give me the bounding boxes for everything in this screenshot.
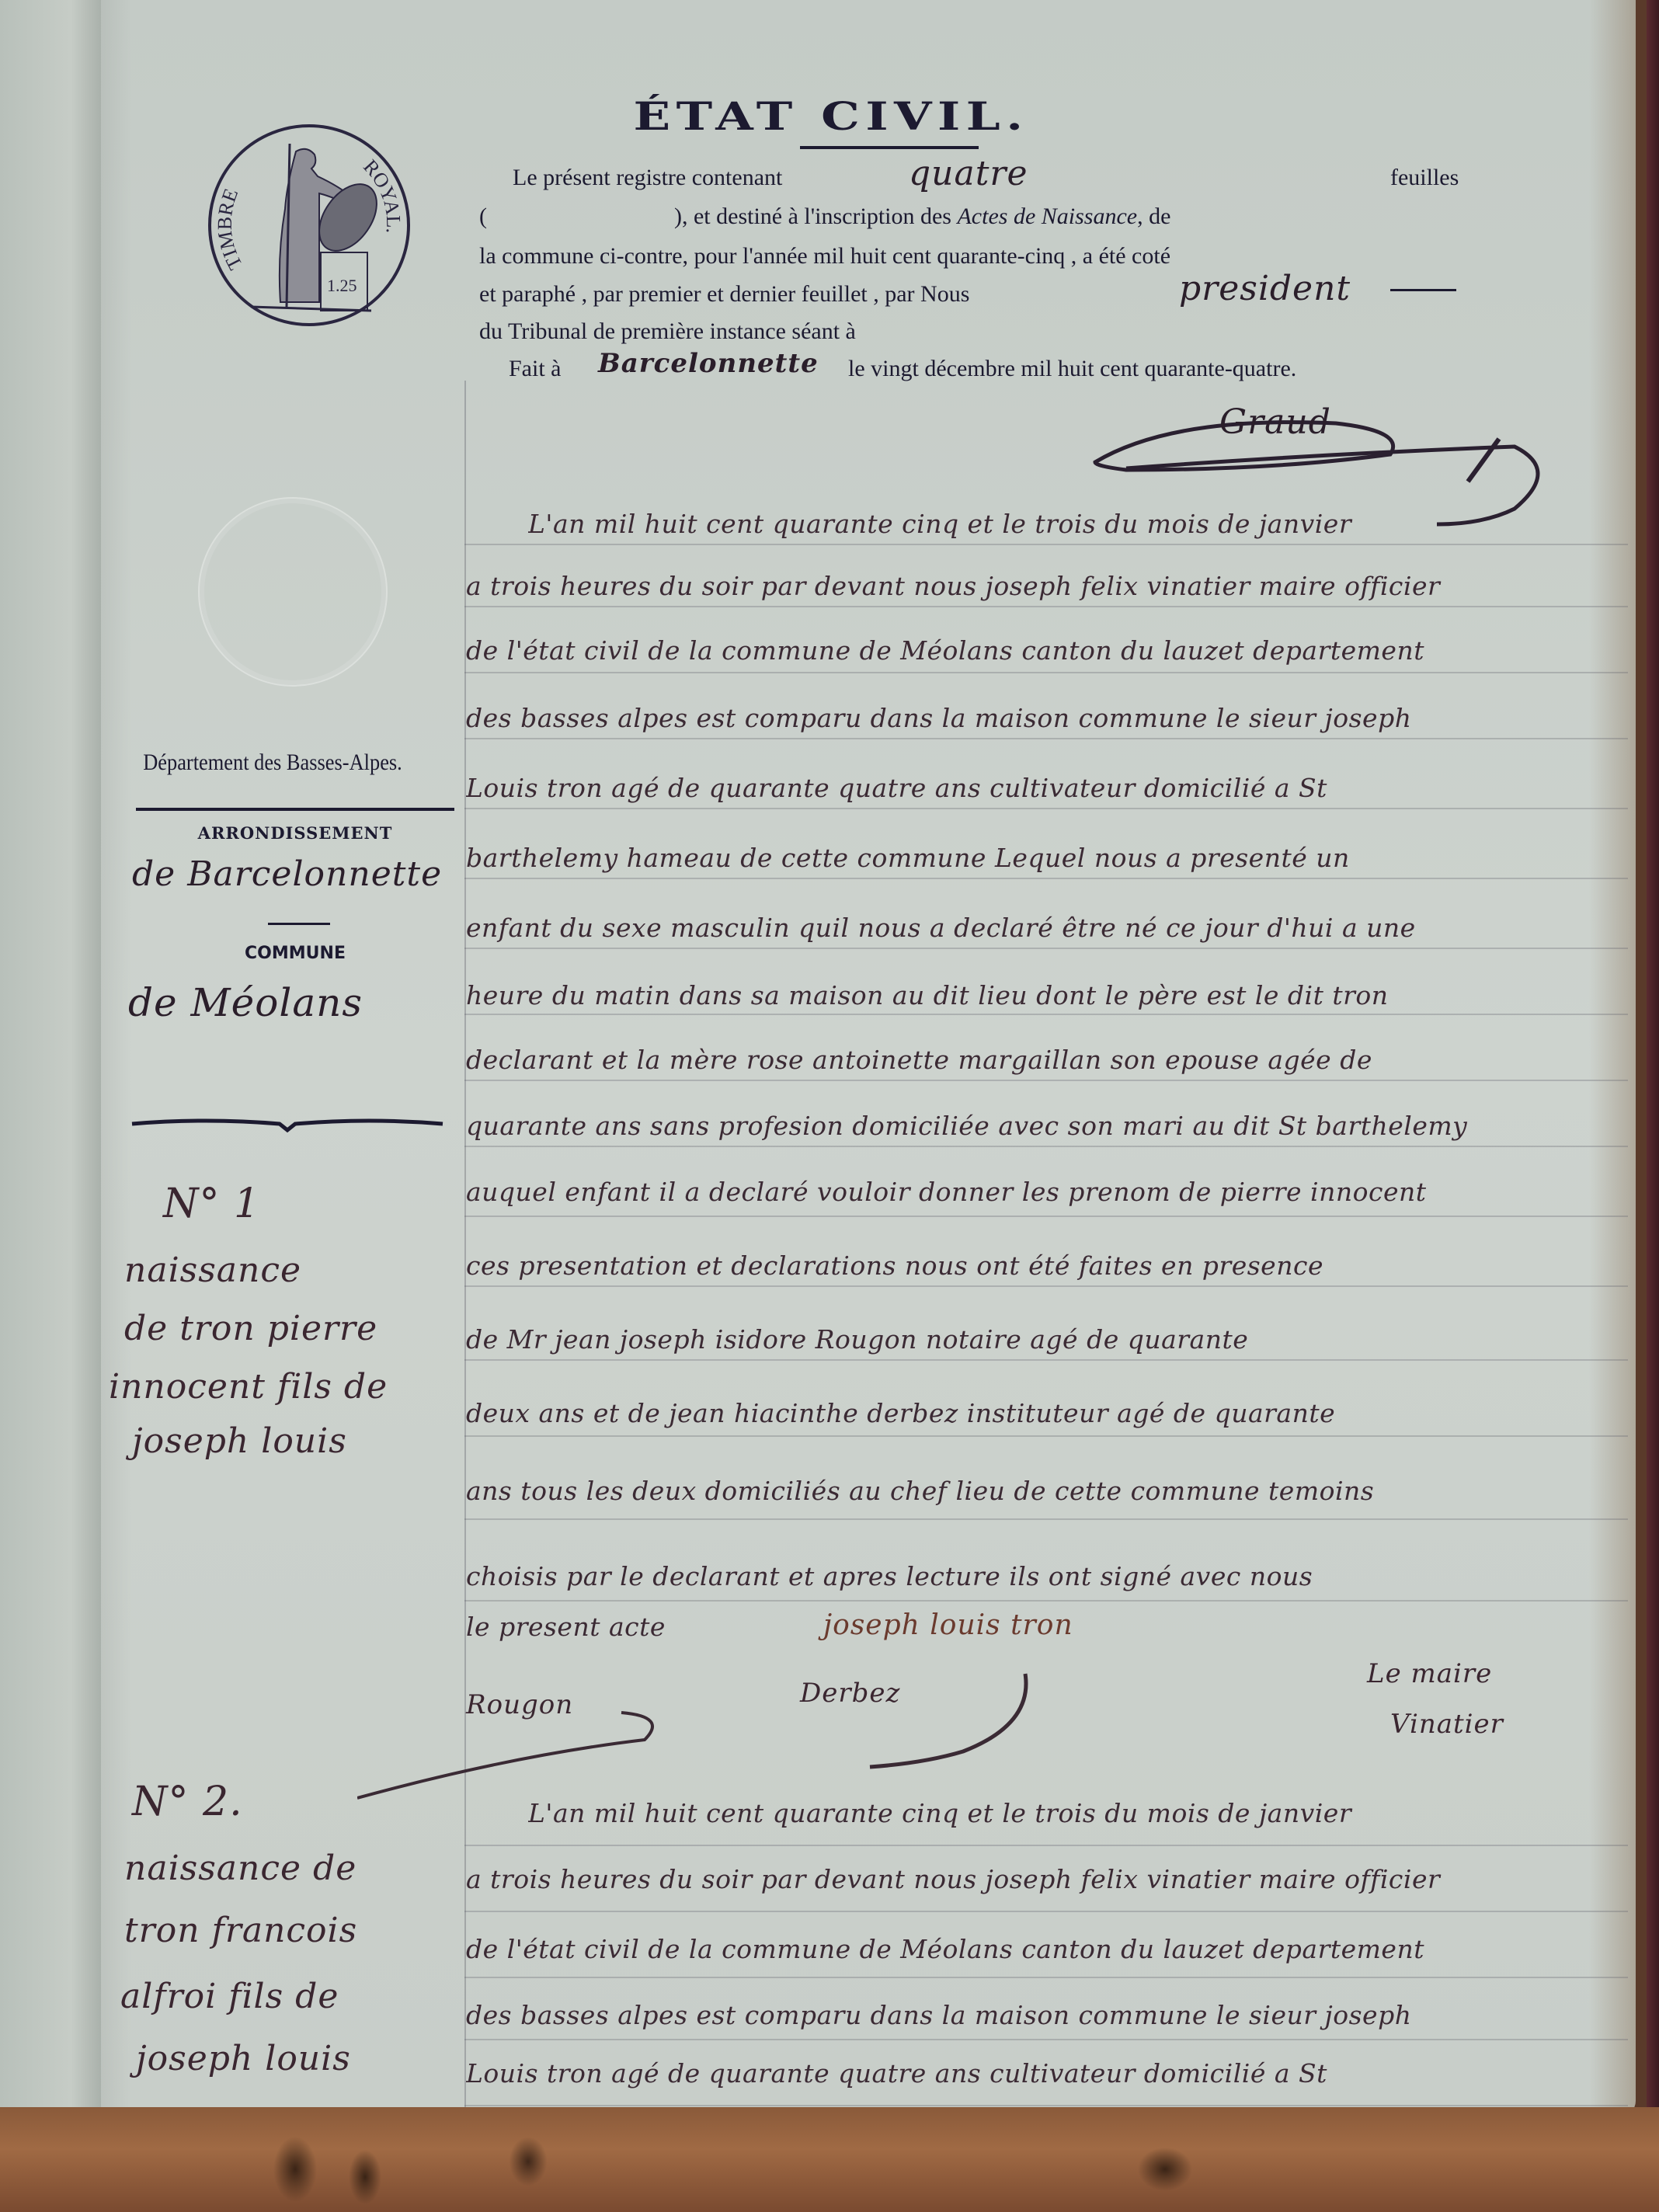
entry-2-margin-line: tron francois bbox=[124, 1911, 357, 1950]
entry-1-line: L'an mil huit cent quarante cinq et le t… bbox=[528, 509, 1659, 539]
header-line-4-hand: president bbox=[1179, 269, 1351, 308]
entry-1-line: quarante ans sans profesion domiciliée a… bbox=[466, 1111, 1616, 1141]
ruled-line bbox=[464, 1285, 1628, 1287]
entry-2-margin-line: naissance de bbox=[124, 1849, 356, 1888]
declarant-signature: joseph louis tron bbox=[823, 1609, 1073, 1641]
header-line-1-printed: Le présent registre contenant bbox=[513, 165, 782, 191]
entry-2-line: a trois heures du soir par devant nous j… bbox=[466, 1864, 1616, 1894]
entry-1-line: declarant et la mère rose antoinette mar… bbox=[466, 1045, 1616, 1075]
header-line-1-end: feuilles bbox=[1390, 165, 1459, 191]
entry-2-margin-line: alfroi fils de bbox=[120, 1977, 339, 2016]
ruled-line bbox=[464, 1359, 1628, 1361]
header-line-2-open: ( bbox=[479, 203, 487, 230]
ruled-line bbox=[464, 1600, 1628, 1602]
arrondissement-value: de Barcelonnette bbox=[132, 854, 442, 894]
entry-1-number: N° 1 bbox=[163, 1181, 260, 1227]
header-line-4-printed: et paraphé , par premier et dernier feui… bbox=[479, 281, 969, 308]
ruled-line bbox=[464, 672, 1628, 673]
entry-1-line: deux ans et de jean hiacinthe derbez ins… bbox=[466, 1398, 1616, 1428]
entry-1-line: choisis par le declarant et apres lectur… bbox=[466, 1561, 1616, 1591]
header-line-2-printed: ), et destiné à l'inscription des Actes … bbox=[674, 203, 1170, 230]
ruled-line bbox=[464, 1518, 1628, 1520]
entry-1-line: le present acte bbox=[466, 1612, 792, 1642]
ruled-line bbox=[464, 738, 1628, 739]
entry-2-line: des basses alpes est comparu dans la mai… bbox=[466, 2000, 1616, 2030]
department-label: Département des Basses-Alpes. bbox=[136, 750, 409, 776]
fill-rule bbox=[1390, 289, 1456, 291]
header-line-6-hand: Barcelonnette bbox=[598, 348, 819, 379]
entry-2-line: de l'état civil de la commune de Méolans… bbox=[466, 1934, 1616, 1964]
derbez-flourish bbox=[854, 1670, 1041, 1771]
book-spine-edge bbox=[1647, 0, 1659, 2212]
ruled-line bbox=[464, 2039, 1628, 2040]
ruled-line bbox=[464, 1146, 1628, 1147]
previous-page-leaf bbox=[0, 0, 103, 2120]
ruled-line bbox=[464, 606, 1628, 607]
ruled-line bbox=[464, 2105, 1628, 2106]
header-line-6-end: le vingt décembre mil huit cent quarante… bbox=[848, 356, 1296, 382]
rougon-flourish bbox=[357, 1693, 683, 1810]
entry-1-margin-line: innocent fils de bbox=[109, 1367, 388, 1407]
timbre-royal-stamp-icon: TIMBRE ROYAL. 1.25 bbox=[204, 120, 414, 330]
embossed-seal bbox=[198, 497, 388, 687]
entry-2-margin-line: joseph louis bbox=[136, 2039, 351, 2078]
entry-1-line: ans tous les deux domiciliés au chef lie… bbox=[466, 1476, 1616, 1506]
entry-1-line: auquel enfant il a declaré vouloir donne… bbox=[466, 1177, 1616, 1207]
entry-1-line: Louis tron agé de quarante quatre ans cu… bbox=[466, 773, 1616, 803]
entry-1-line: de Mr jean joseph isidore Rougon notaire… bbox=[466, 1324, 1616, 1355]
entry-1-margin-line: de tron pierre bbox=[124, 1309, 377, 1348]
entry-1-line: de l'état civil de la commune de Méolans… bbox=[466, 635, 1616, 666]
ruled-line bbox=[464, 1435, 1628, 1437]
entry-1-line: enfant du sexe masculin quil nous a decl… bbox=[466, 913, 1616, 943]
entry-2-line: L'an mil huit cent quarante cinq et le t… bbox=[528, 1798, 1659, 1828]
entry-1-line: des basses alpes est comparu dans la mai… bbox=[466, 703, 1616, 733]
header-line-5: du Tribunal de première instance séant à bbox=[479, 318, 856, 345]
entry-2-line: Louis tron agé de quarante quatre ans cu… bbox=[466, 2058, 1616, 2089]
header-line-1-hand: quatre bbox=[909, 154, 1028, 193]
ruled-line bbox=[464, 1216, 1628, 1217]
commune-label: COMMUNE bbox=[136, 944, 454, 963]
mayor-title: Le maire bbox=[1367, 1658, 1492, 1689]
ruled-line bbox=[464, 1014, 1628, 1015]
entry-1-line: ces presentation et declarations nous on… bbox=[466, 1250, 1616, 1281]
header-line-3: la commune ci-contre, pour l'année mil h… bbox=[479, 243, 1170, 270]
ruled-line bbox=[464, 1080, 1628, 1081]
president-signature: Graud bbox=[1219, 402, 1331, 442]
entry-1-line: barthelemy hameau de cette commune Leque… bbox=[466, 843, 1616, 873]
entry-1-margin-line: joseph louis bbox=[132, 1421, 347, 1461]
ruled-line bbox=[464, 1911, 1628, 1912]
mayor-signature: Vinatier bbox=[1390, 1709, 1504, 1740]
arrondissement-label: ARRONDISSEMENT bbox=[136, 823, 454, 843]
sidebar-short-rule bbox=[268, 923, 330, 925]
ruled-line bbox=[464, 808, 1628, 809]
leather-binding bbox=[0, 2107, 1659, 2212]
sidebar-separator bbox=[136, 808, 454, 811]
entry-1-line: a trois heures du soir par devant nous j… bbox=[466, 571, 1616, 601]
page-title: ÉTAT CIVIL. bbox=[530, 93, 1132, 139]
ruled-line bbox=[464, 878, 1628, 879]
svg-text:1.25: 1.25 bbox=[327, 276, 357, 295]
ruled-line bbox=[464, 948, 1628, 949]
title-rule bbox=[800, 146, 979, 149]
entry-1-line: heure du matin dans sa maison au dit lie… bbox=[466, 980, 1616, 1010]
commune-value: de Méolans bbox=[128, 980, 363, 1025]
ornamental-rule bbox=[128, 1115, 447, 1135]
svg-text:TIMBRE: TIMBRE bbox=[214, 186, 247, 273]
header-line-6-printed: Fait à bbox=[509, 356, 562, 382]
entry-2-number: N° 2. bbox=[132, 1779, 243, 1825]
ruled-line bbox=[464, 1845, 1628, 1846]
entry-1-margin-line: naissance bbox=[124, 1250, 301, 1290]
ruled-line bbox=[464, 544, 1628, 545]
ruled-line bbox=[464, 1977, 1628, 1978]
